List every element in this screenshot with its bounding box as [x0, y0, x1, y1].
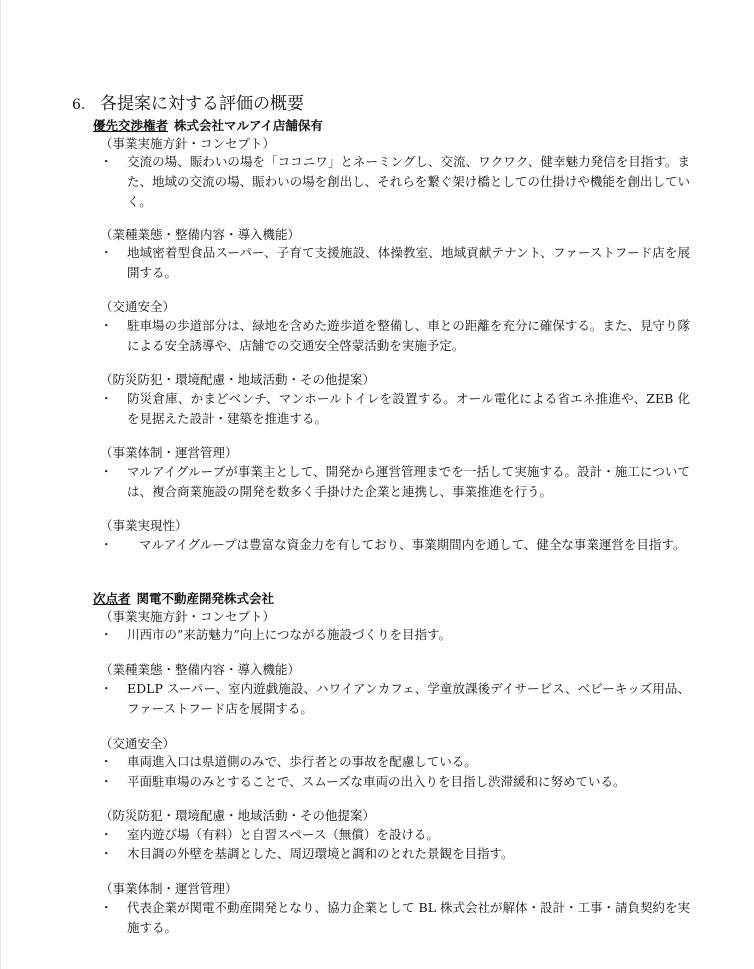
list-item-text: 川西市の”来訪魅力”向上につながる施設づくりを目指す。: [127, 625, 690, 645]
bullet-icon: ・: [100, 752, 120, 772]
page-edge: [0, 0, 1, 969]
list-item: ・ EDLP スーパー、室内遊戯施設、ハワイアンカフェ、学童放課後デイサービス、…: [100, 679, 690, 719]
bullet-icon: ・: [100, 898, 120, 918]
bullet-icon: ・: [100, 844, 120, 864]
bullet-icon: ・: [100, 152, 120, 172]
section-title: 各提案に対する評価の概要: [100, 94, 304, 114]
section-number: 6.: [72, 94, 100, 116]
category-label: （事業体制・運営管理）: [100, 444, 238, 462]
list-item: ・ 木目調の外壁を基調とした、周辺環境と調和のとれた景観を目指す。: [100, 844, 690, 864]
proposal-company: 株式会社マルアイ店舗保有: [174, 118, 323, 133]
list-item-text: マルアイグループが事業主として、開発から運営管理までを一括して実施する。設計・施…: [127, 462, 690, 502]
proposal-header-first: 優先交渉権者株式会社マルアイ店舗保有: [93, 117, 323, 135]
list-item-text: 平面駐車場のみとすることで、スムーズな車両の出入りを目指し渋滞緩和に努めている。: [127, 772, 690, 792]
bullet-icon: ・: [100, 772, 120, 792]
list-item: ・ 平面駐車場のみとすることで、スムーズな車両の出入りを目指し渋滞緩和に努めてい…: [100, 772, 690, 792]
bullet-icon: ・: [100, 535, 120, 555]
category-label: （交通安全）: [100, 298, 175, 316]
proposal-role: 次点者: [93, 591, 131, 606]
proposal-company: 関電不動産開発株式会社: [137, 591, 275, 606]
list-item-text: 交流の場、賑わいの場を「ココニワ」とネーミングし、交流、ワクワク、健幸魅力発信を…: [127, 152, 690, 212]
list-item: ・ 防災倉庫、かまどベンチ、マンホールトイレを設置する。オール電化による省エネ推…: [100, 389, 690, 429]
list-item-text: 防災倉庫、かまどベンチ、マンホールトイレを設置する。オール電化による省エネ推進や…: [127, 389, 690, 429]
list-item-text: 地域密着型食品スーパー、子育て支援施設、体操教室、地域貢献テナント、ファーストフ…: [127, 243, 690, 283]
list-item: ・ 川西市の”来訪魅力”向上につながる施設づくりを目指す。: [100, 625, 690, 645]
bullet-icon: ・: [100, 625, 120, 645]
list-item-text: 木目調の外壁を基調とした、周辺環境と調和のとれた景観を目指す。: [127, 844, 690, 864]
category-label: （業種業態・整備内容・導入機能）: [100, 661, 300, 679]
category-label: （事業実施方針・コンセプト）: [100, 135, 275, 153]
section-heading: 6.各提案に対する評価の概要: [72, 93, 304, 116]
list-item-text: 駐車場の歩道部分は、緑地を含めた遊歩道を整備し、車との距離を充分に確保する。また…: [127, 316, 690, 356]
category-label: （防災防犯・環境配慮・地域活動・その他提案）: [100, 807, 375, 825]
list-item: ・ 交流の場、賑わいの場を「ココニワ」とネーミングし、交流、ワクワク、健幸魅力発…: [100, 152, 690, 212]
category-label: （事業実現性）: [100, 517, 188, 535]
bullet-icon: ・: [100, 825, 120, 845]
bullet-icon: ・: [100, 389, 120, 409]
list-item: ・ 車両進入口は県道側のみで、歩行者との事故を配慮している。: [100, 752, 690, 772]
list-item-text: EDLP スーパー、室内遊戯施設、ハワイアンカフェ、学童放課後デイサービス、ベビ…: [127, 679, 690, 719]
list-item: ・ 代表企業が関電不動産開発となり、協力企業として BL 株式会社が解体・設計・…: [100, 898, 690, 938]
bullet-icon: ・: [100, 462, 120, 482]
category-label: （防災防犯・環境配慮・地域活動・その他提案）: [100, 371, 375, 389]
list-item: ・ 駐車場の歩道部分は、緑地を含めた遊歩道を整備し、車との距離を充分に確保する。…: [100, 316, 690, 356]
list-item: ・ 室内遊び場（有料）と自習スペース（無償）を設ける。: [100, 825, 690, 845]
bullet-icon: ・: [100, 679, 120, 699]
category-label: （事業実施方針・コンセプト）: [100, 608, 275, 626]
bullet-icon: ・: [100, 243, 120, 263]
list-item-text: 室内遊び場（有料）と自習スペース（無償）を設ける。: [127, 825, 690, 845]
list-item-text: マルアイグループは豊富な資金力を有しており、事業期間内を通して、健全な事業運営を…: [127, 535, 690, 555]
category-label: （事業体制・運営管理）: [100, 880, 238, 898]
proposal-role: 優先交渉権者: [93, 118, 168, 133]
list-item: ・ 地域密着型食品スーパー、子育て支援施設、体操教室、地域貢献テナント、ファース…: [100, 243, 690, 283]
bullet-icon: ・: [100, 316, 120, 336]
proposal-header-second: 次点者関電不動産開発株式会社: [93, 590, 274, 608]
list-item: ・ マルアイグループは豊富な資金力を有しており、事業期間内を通して、健全な事業運…: [100, 535, 690, 555]
category-label: （業種業態・整備内容・導入機能）: [100, 226, 300, 244]
list-item-text: 車両進入口は県道側のみで、歩行者との事故を配慮している。: [127, 752, 690, 772]
list-item: ・ マルアイグループが事業主として、開発から運営管理までを一括して実施する。設計…: [100, 462, 690, 502]
list-item-text: 代表企業が関電不動産開発となり、協力企業として BL 株式会社が解体・設計・工事…: [127, 898, 690, 938]
category-label: （交通安全）: [100, 735, 175, 753]
